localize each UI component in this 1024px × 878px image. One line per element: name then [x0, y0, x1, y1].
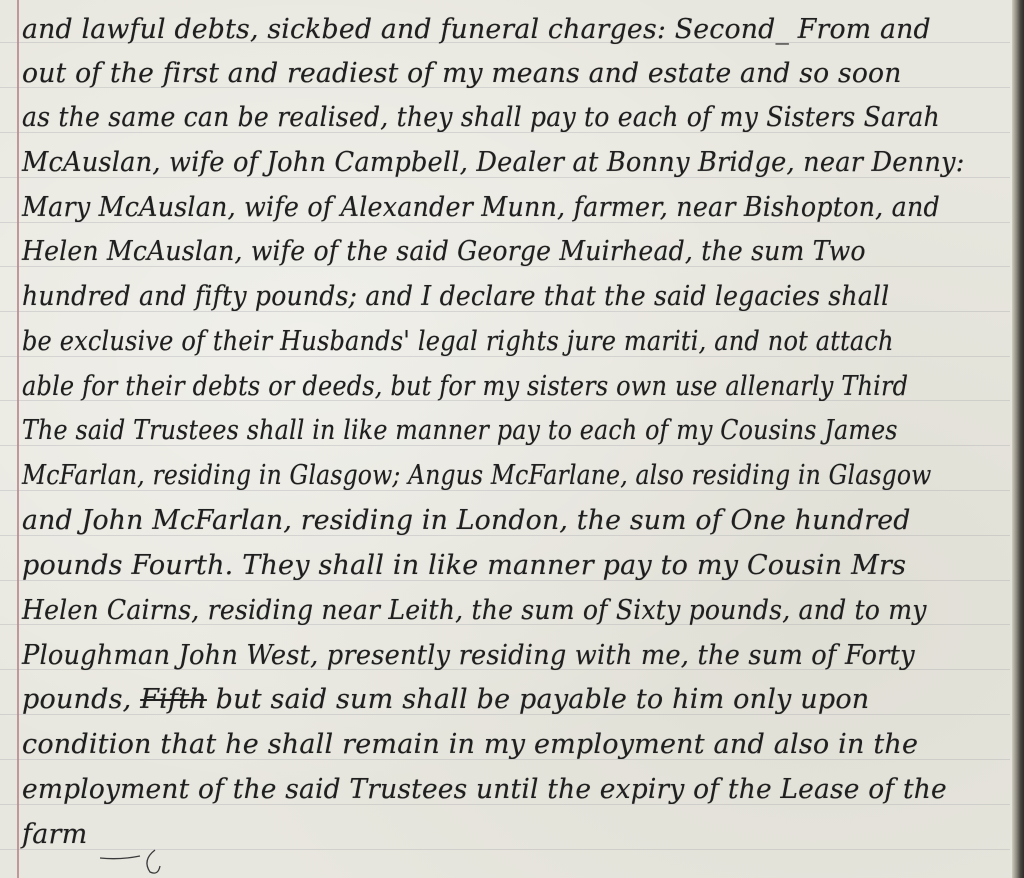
manuscript-page: and lawful debts, sickbed and funeral ch… — [0, 0, 1024, 878]
text-line-12: and John McFarlan, residing in London, t… — [22, 505, 911, 545]
left-margin-rule — [17, 0, 19, 878]
text-line-14: Helen Cairns, residing near Leith, the s… — [22, 595, 927, 635]
book-binding-edge — [1012, 0, 1024, 878]
struck-word: Fifth — [140, 684, 207, 715]
text-line-15: Ploughman John West, presently residing … — [22, 640, 915, 680]
text-line-2: out of the first and readiest of my mean… — [22, 58, 902, 98]
text-line-5: Mary McAuslan, wife of Alexander Munn, f… — [22, 192, 940, 232]
text-line-13: pounds Fourth. They shall in like manner… — [22, 550, 906, 590]
line-16-before: pounds, — [22, 684, 140, 715]
text-line-8: be exclusive of their Husbands' legal ri… — [22, 326, 894, 366]
text-line-11: McFarlan, residing in Glasgow; Angus McF… — [22, 460, 931, 500]
text-line-19: farm — [22, 819, 87, 859]
text-line-6: Helen McAuslan, wife of the said George … — [22, 236, 866, 276]
text-line-9: able for their debts or deeds, but for m… — [22, 371, 908, 411]
text-line-16: pounds, Fifth but said sum shall be paya… — [22, 684, 869, 724]
end-flourish-icon — [100, 846, 220, 876]
text-line-10: The said Trustees shall in like manner p… — [22, 415, 898, 455]
text-line-7: hundred and fifty pounds; and I declare … — [22, 281, 889, 321]
text-line-17: condition that he shall remain in my emp… — [22, 729, 918, 769]
text-line-18: employment of the said Trustees until th… — [22, 774, 947, 814]
text-line-4: McAuslan, wife of John Campbell, Dealer … — [22, 147, 965, 187]
text-line-3: as the same can be realised, they shall … — [22, 102, 940, 142]
line-16-after: but said sum shall be payable to him onl… — [207, 684, 870, 715]
text-line-1: and lawful debts, sickbed and funeral ch… — [22, 14, 931, 54]
